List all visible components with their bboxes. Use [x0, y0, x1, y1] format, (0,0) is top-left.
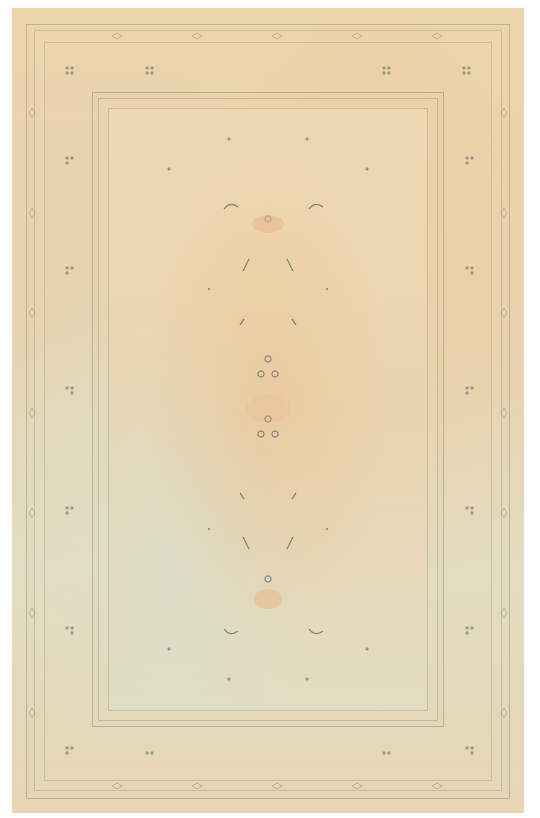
rug	[12, 8, 524, 813]
border-motifs-icon	[12, 8, 524, 813]
